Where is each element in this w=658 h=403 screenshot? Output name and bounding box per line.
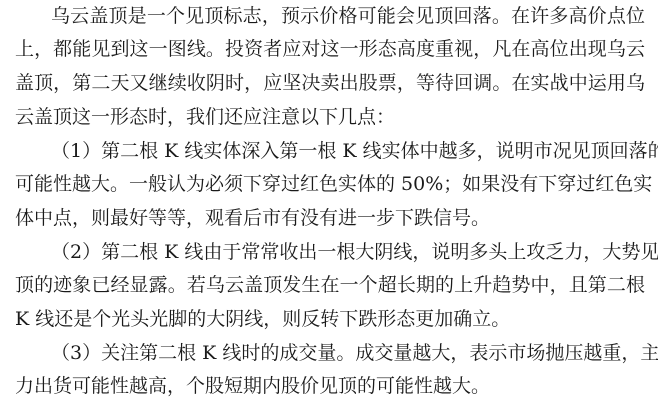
text-line: 体中点，则最好等等，观看后市有没有进一步下跌信号。: [15, 205, 645, 231]
text-line: 可能性越大。一般认为必须下穿过红色实体的 50%；如果没有下穿过红色实: [15, 171, 645, 197]
text-line: K 线还是个光头光脚的大阴线，则反转下跌形态更加确立。: [15, 306, 645, 332]
text-line: 顶的迹象已经显露。若乌云盖顶发生在一个超长期的上升趋势中，且第二根: [15, 272, 645, 298]
text-line: 上，都能见到这一图线。投资者应对这一形态高度重视，凡在高位出现乌云: [15, 36, 645, 62]
text-line: （1）第二根 K 线实体深入第一根 K 线实体中越多，说明市况见顶回落的: [51, 138, 645, 164]
text-line: 盖顶，第二天又继续收阴时，应坚决卖出股票，等待回调。在实战中运用乌: [15, 70, 645, 96]
text-line: 乌云盖顶是一个见顶标志，预示价格可能会见顶回落。在许多高价点位: [51, 3, 645, 29]
text-line: （3）关注第二根 K 线时的成交量。成交量越大，表示市场抛压越重，主: [51, 340, 645, 366]
text-line: 力出货可能性越高，个股短期内股价见顶的可能性越大。: [15, 373, 645, 399]
text-line: （2）第二根 K 线由于常常收出一根大阴线，说明多头上攻乏力，大势见: [51, 239, 645, 265]
document-page: 乌云盖顶是一个见顶标志，预示价格可能会见顶回落。在许多高价点位 上，都能见到这一…: [0, 0, 658, 403]
text-line: 云盖顶这一形态时，我们还应注意以下几点：: [15, 104, 645, 130]
